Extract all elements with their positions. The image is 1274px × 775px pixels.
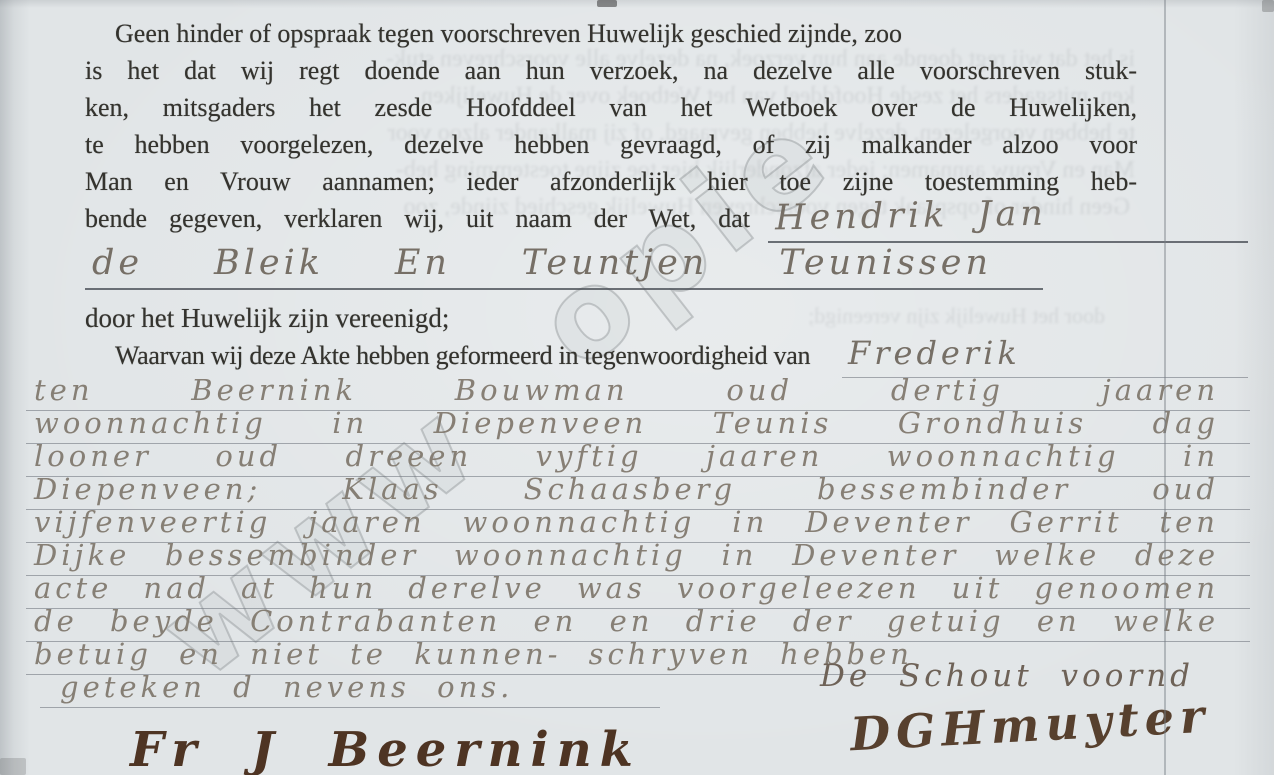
scan-smudge — [0, 758, 26, 775]
witness-declaration-line: ten Beernink Bouwman oud dertig jaaren — [34, 374, 1219, 407]
printed-united-line: door het Huwelijk zijn vereenigd; — [85, 302, 449, 334]
handwritten-first-witness-word: Frederik — [848, 334, 1021, 372]
printed-paragraph-line: bende gegeven, verklaren wij, uit naam d… — [85, 203, 750, 235]
handwritten-closing-schout: De Schout voornd — [820, 658, 1194, 694]
printed-paragraph-line: ken, mitsgaders het zesde Hoofddeel van … — [85, 92, 1137, 124]
printed-paragraph-line: Geen hinder of opspraak tegen voorschrev… — [115, 18, 1137, 50]
witness-declaration-line: de beyde Contrabanten en en drie der get… — [34, 605, 1219, 638]
witness-declaration-line: Dijke bessembinder woonnachtig in Devent… — [34, 539, 1219, 572]
handwritten-bride-line: de Bleik En Teuntjen Teunissen — [92, 243, 992, 283]
printed-paragraph-line: te hebben voorgelezen, dezelve hebben ge… — [85, 129, 1137, 161]
printed-paragraph-line: is het dat wij regt doende aan hun verzo… — [85, 55, 1137, 87]
witness-declaration-line: looner oud dreeen vyftig jaaren woonnach… — [34, 440, 1219, 473]
witness-declaration-line: acte nad at hun derelve was voorgeleezen… — [34, 572, 1219, 605]
witness-declaration-line: Diepenveen; Klaas Schaasberg bessembinde… — [34, 473, 1219, 506]
witness-declaration-line: betuig en niet te kunnen- schryven hebbe… — [34, 638, 913, 671]
witness-declaration-line: woonnachtig in Diepenveen Teunis Grondhu… — [34, 407, 1219, 440]
printed-witness-intro: Waarvan wij deze Akte hebben geformeerd … — [115, 340, 810, 372]
ruled-baseline — [85, 288, 1043, 290]
page-edge-line — [1164, 0, 1166, 775]
witness-signature: Fr J Beernink — [130, 722, 641, 775]
handwritten-groom-name: Hendrik Jan — [775, 194, 1048, 239]
document-scan: is het dat wij regt doende aan hun verzo… — [0, 0, 1274, 775]
witness-declaration-line: geteken d nevens ons. — [60, 671, 513, 704]
printed-paragraph-line: Man en Vrouw aannamen; ieder afzonderlij… — [85, 166, 1137, 198]
scan-smudge — [1262, 0, 1274, 12]
official-signature: DGHmuyter — [849, 689, 1212, 762]
ruled-baseline — [40, 707, 660, 708]
scan-smudge — [597, 0, 617, 7]
witness-declaration-line: vijfenveertig jaaren woonnachtig in Deve… — [34, 506, 1219, 539]
ghost-bleedthrough-line: door het Huwelijk zijn vereenigd; — [745, 303, 1105, 329]
